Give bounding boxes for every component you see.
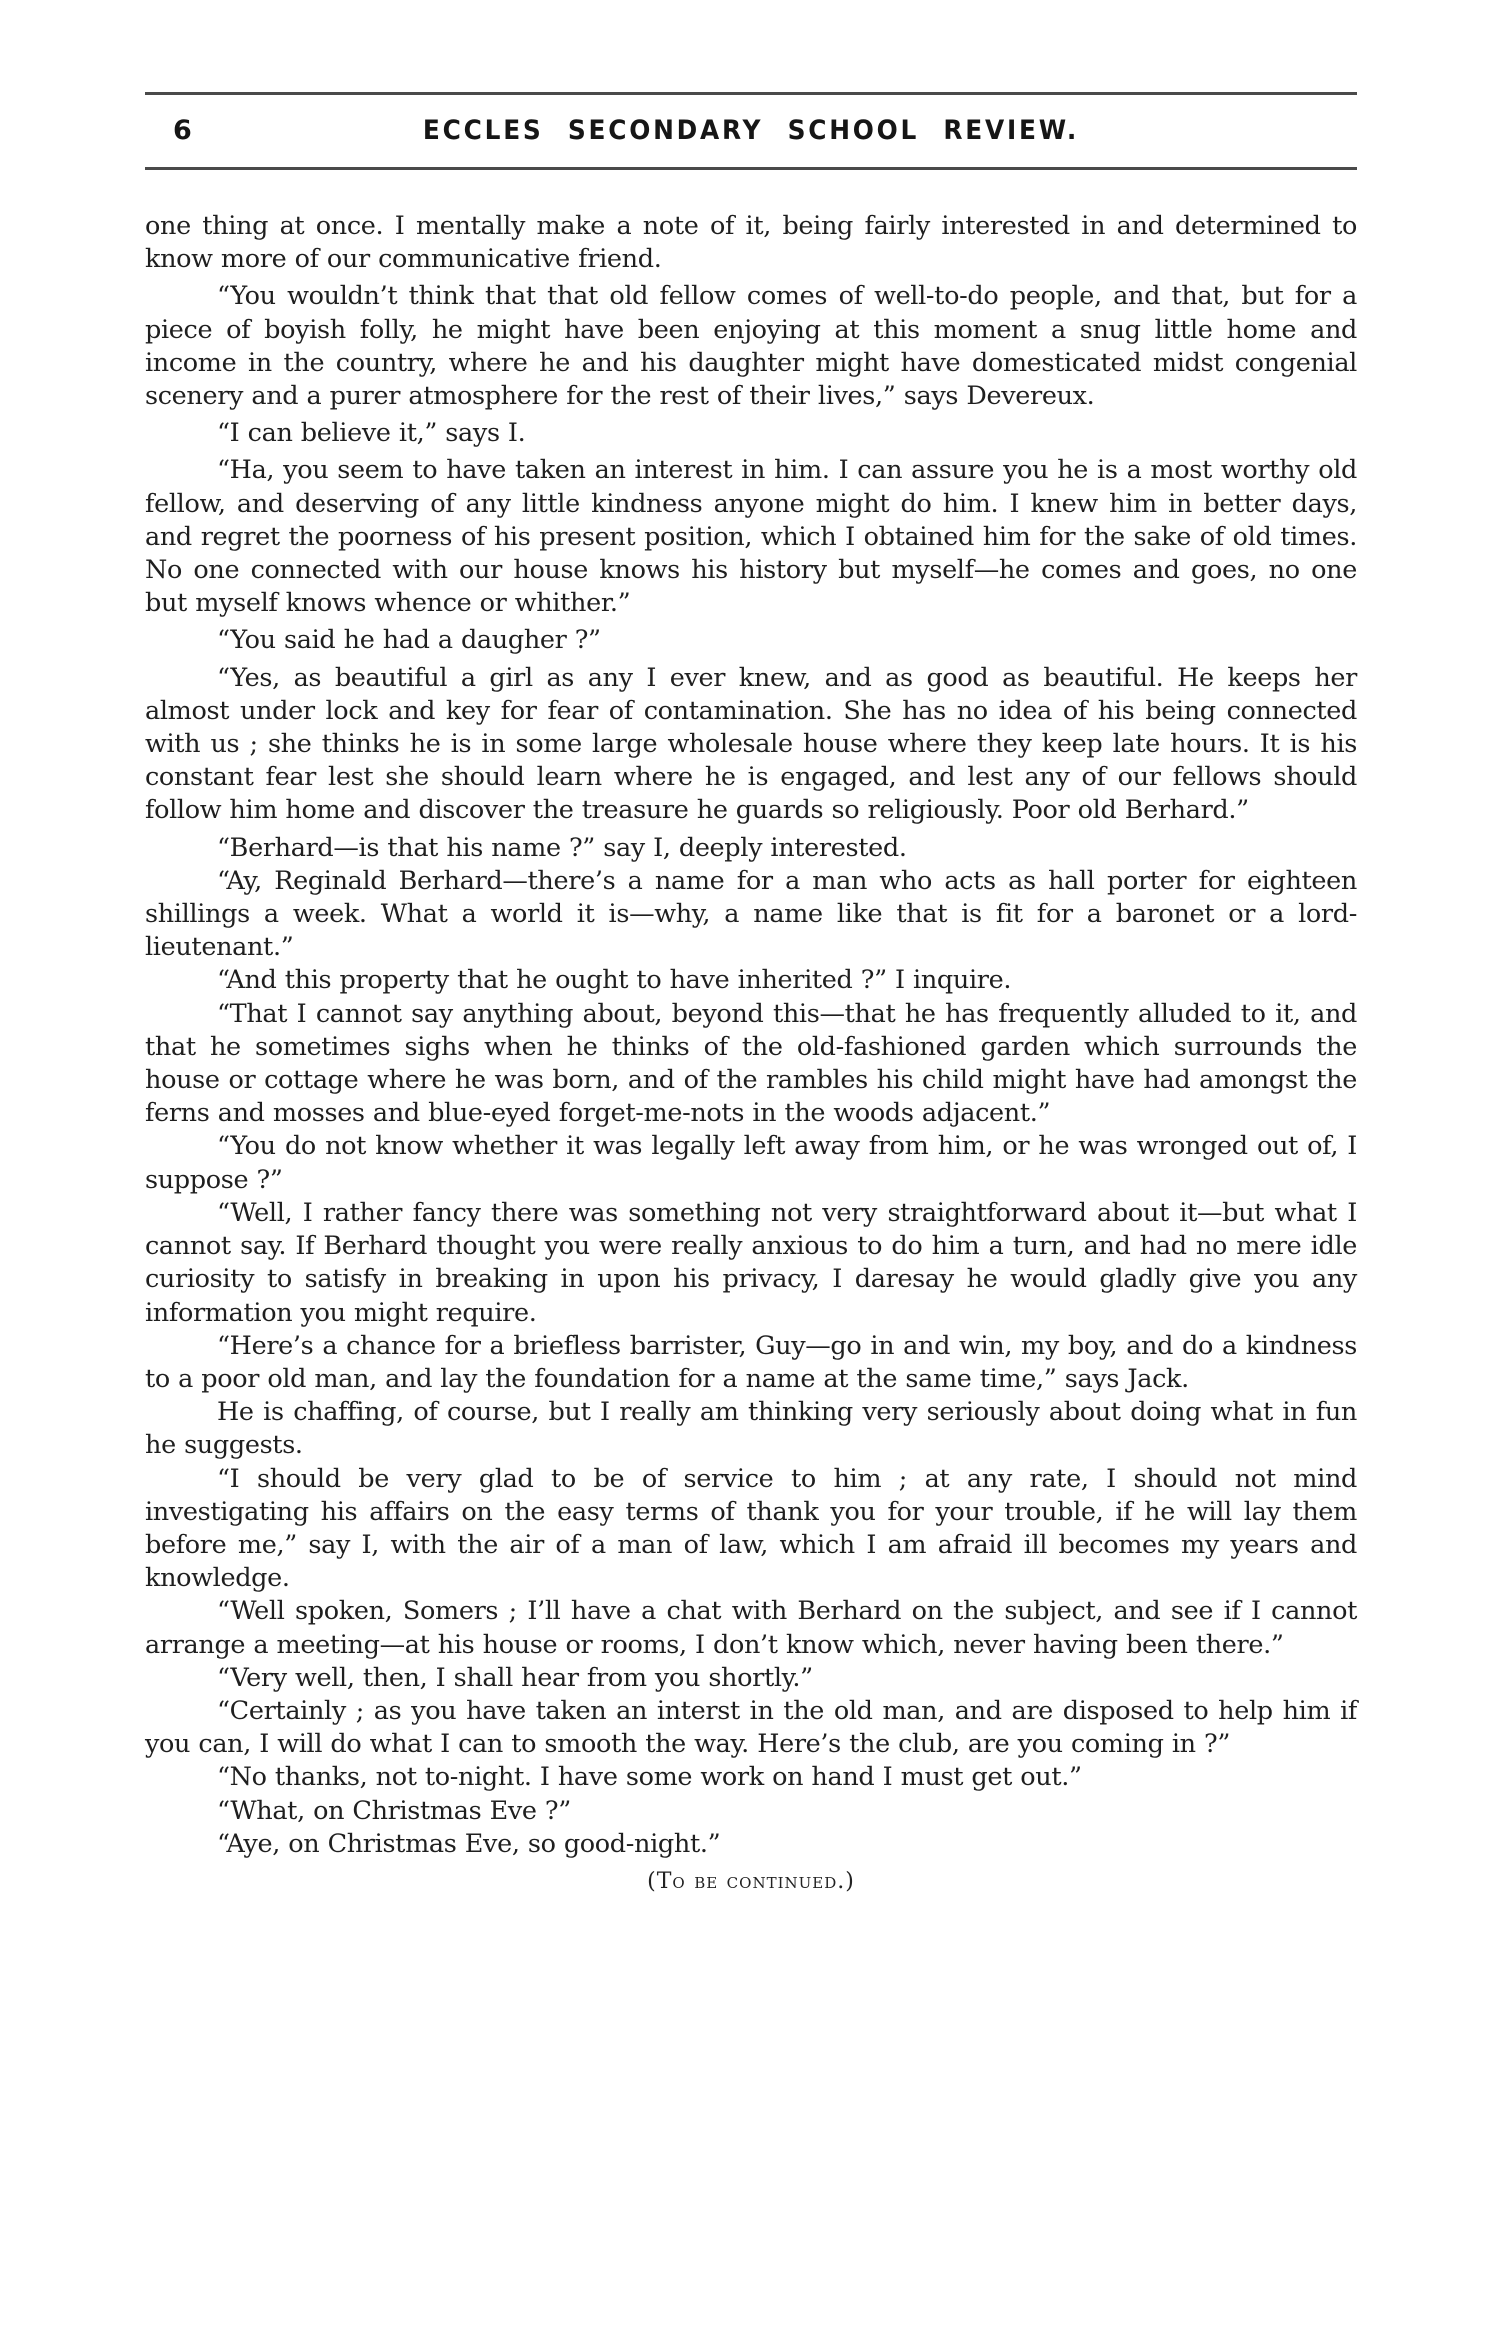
paragraph: “Very well, then, I shall hear from you … — [145, 1662, 1357, 1695]
paragraph: “You said he had a daugher ?” — [145, 624, 1357, 657]
paragraph: “Here’s a chance for a briefless barrist… — [145, 1330, 1357, 1396]
publication-title: ECCLES SECONDARY SCHOOL REVIEW. — [193, 115, 1308, 146]
paragraph: “Yes, as beautiful a girl as any I ever … — [145, 662, 1357, 828]
paragraph: “Well spoken, Somers ; I’ll have a chat … — [145, 1595, 1357, 1661]
paragraph: “You wouldn’t think that that old fellow… — [145, 280, 1357, 413]
running-header: 6 ECCLES SECONDARY SCHOOL REVIEW. — [145, 95, 1357, 167]
paragraph: “Well, I rather fancy there was somethin… — [145, 1197, 1357, 1330]
paragraph: “That I cannot say anything about, beyon… — [145, 998, 1357, 1131]
paragraph: “I can believe it,” says I. — [145, 417, 1357, 450]
page-number: 6 — [173, 115, 192, 146]
paragraph: “Ay, Reginald Berhard—there’s a name for… — [145, 865, 1357, 965]
paragraph: “No thanks, not to-night. I have some wo… — [145, 1761, 1357, 1794]
paragraph: “You do not know whether it was legally … — [145, 1130, 1357, 1196]
paragraph: “Berhard—is that his name ?” say I, deep… — [145, 832, 1357, 865]
paragraph: “I should be very glad to be of service … — [145, 1463, 1357, 1596]
paragraph: “What, on Christmas Eve ?” — [145, 1795, 1357, 1828]
article-body: one thing at once. I mentally make a not… — [145, 210, 1357, 1898]
header-bottom-rule — [145, 167, 1357, 170]
paragraph: “Aye, on Christmas Eve, so good-night.” — [145, 1828, 1357, 1861]
paragraph: “And this property that he ought to have… — [145, 964, 1357, 997]
paragraph: one thing at once. I mentally make a not… — [145, 210, 1357, 276]
magazine-page: 6 ECCLES SECONDARY SCHOOL REVIEW. one th… — [145, 92, 1357, 1898]
paragraph: “Ha, you seem to have taken an interest … — [145, 454, 1357, 620]
paragraph: “Certainly ; as you have taken an inters… — [145, 1695, 1357, 1761]
to-be-continued-note: (To be continued.) — [145, 1865, 1357, 1898]
paragraph: He is chaffing, of course, but I really … — [145, 1396, 1357, 1462]
